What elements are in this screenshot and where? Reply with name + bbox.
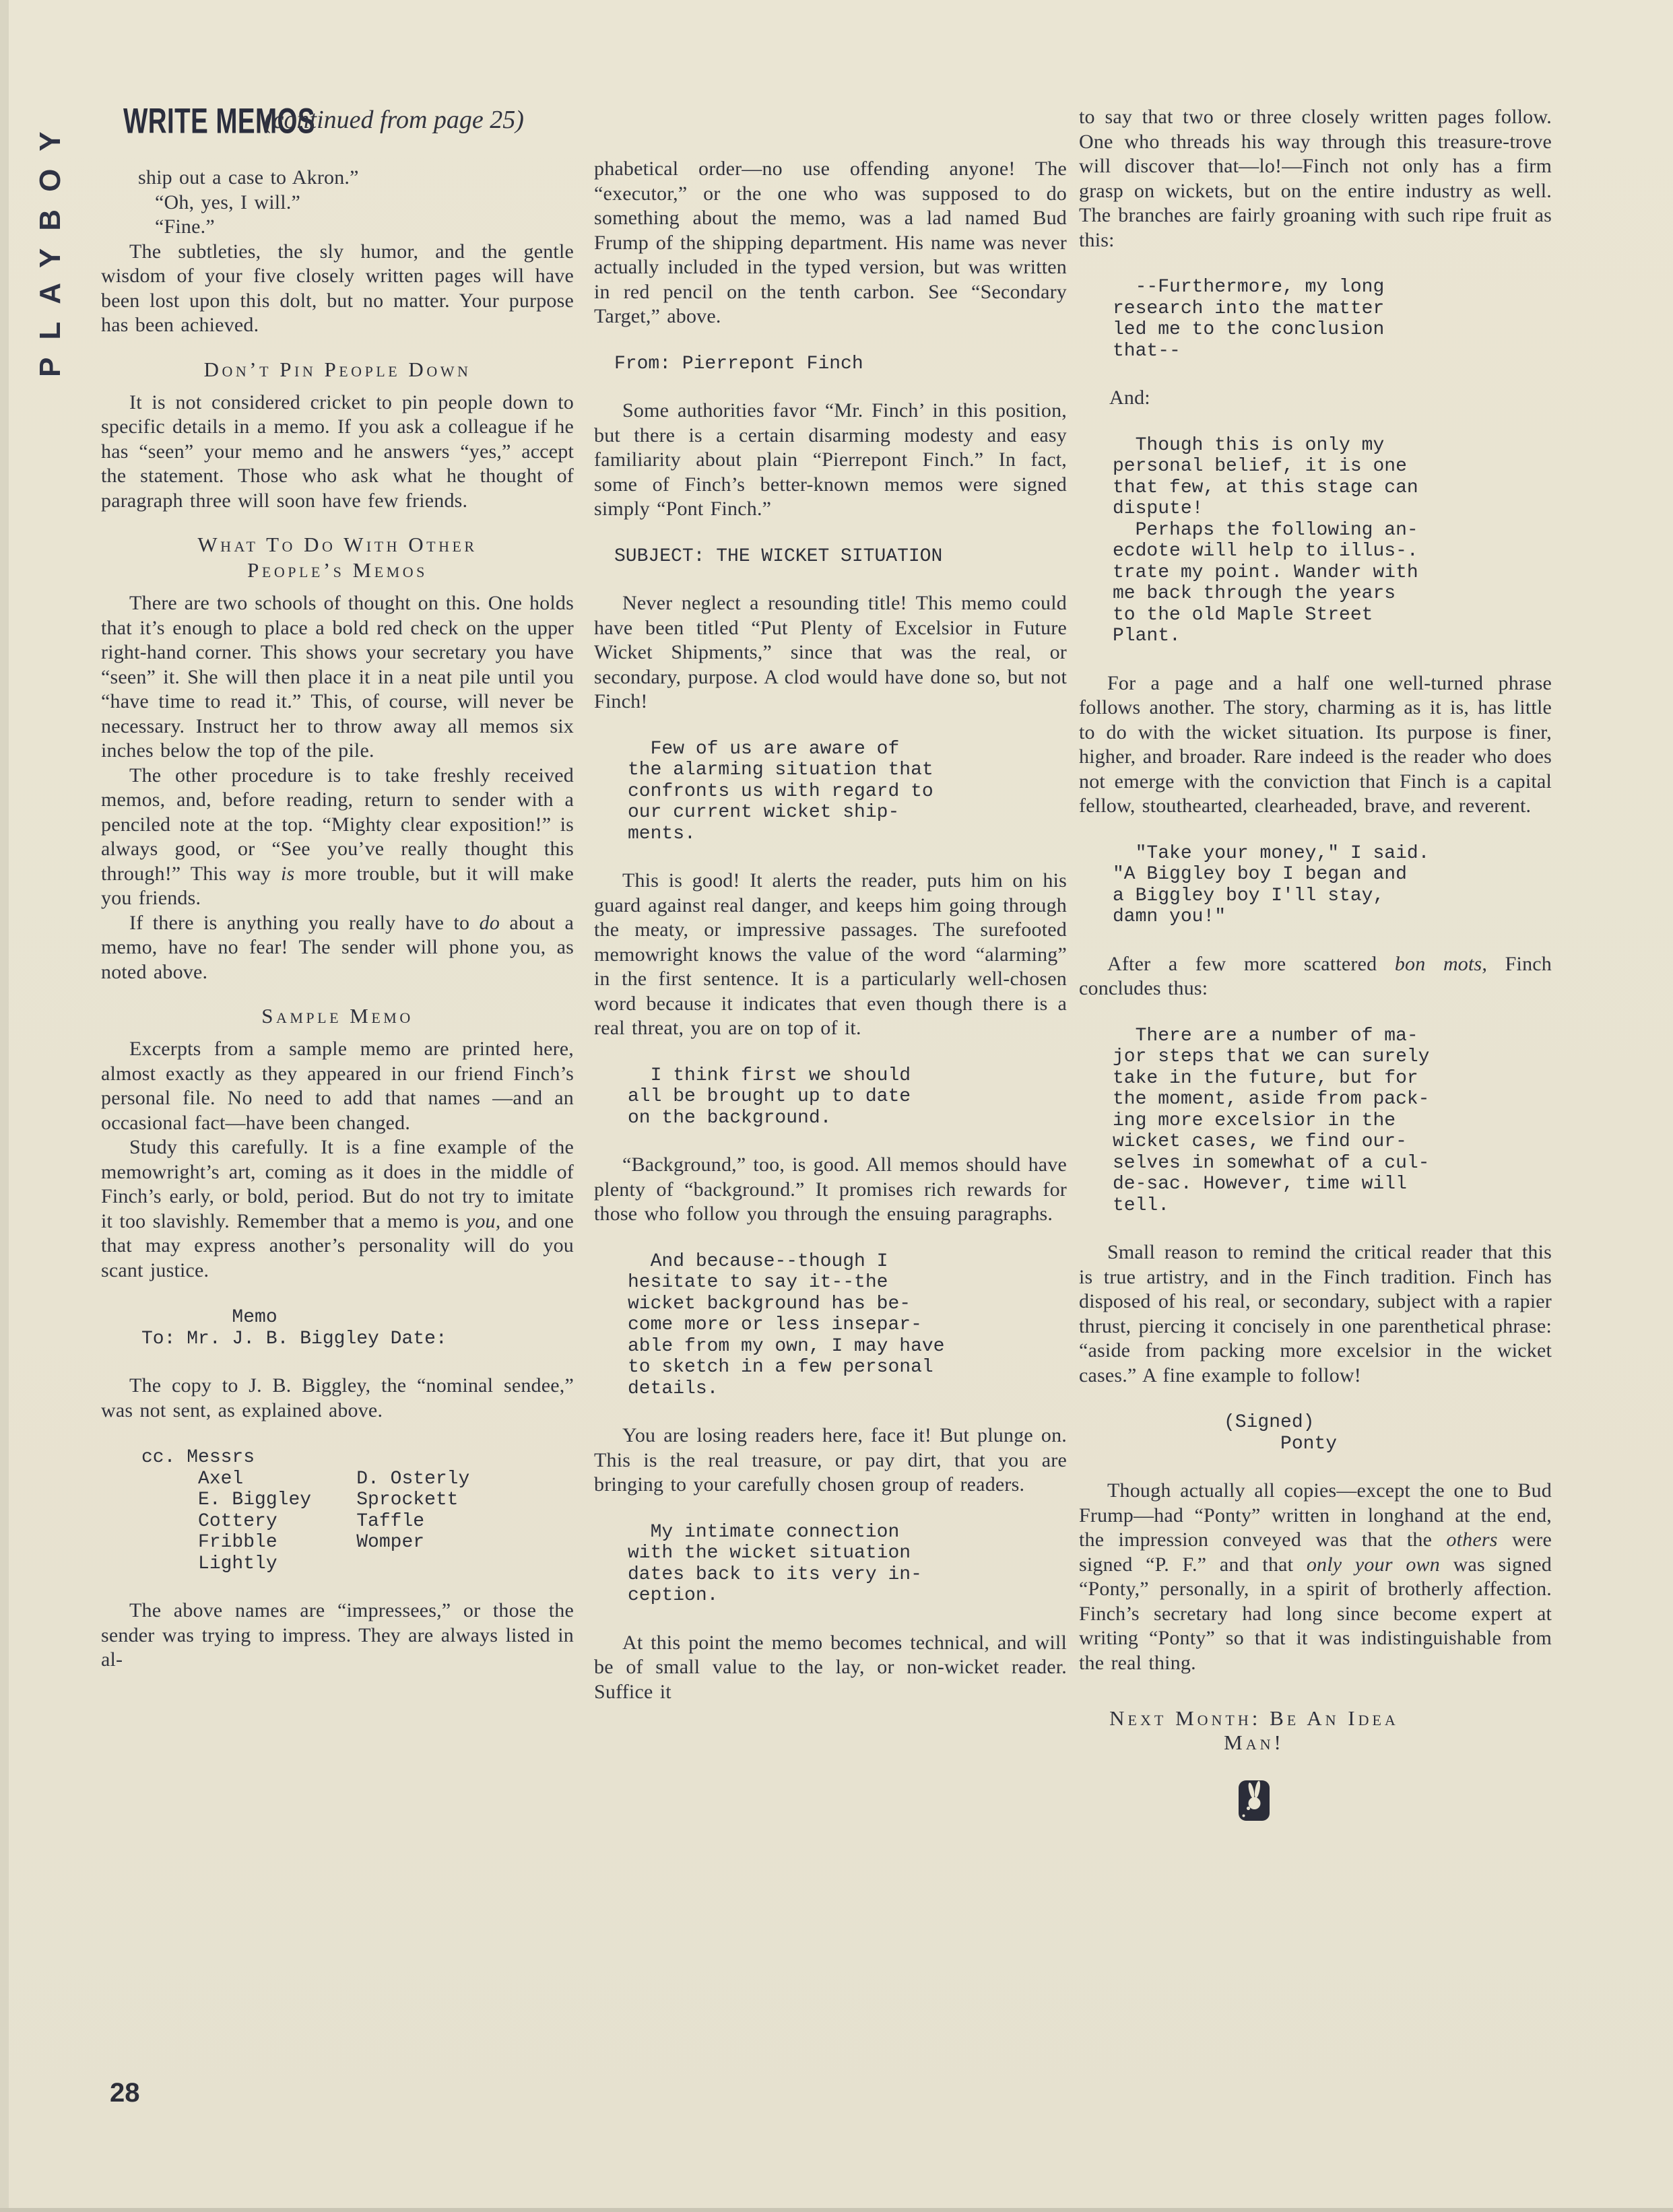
memo-excerpt-typewriter: Few of us are aware of the alarming situ… [628, 739, 1067, 845]
paragraph: If there is anything you really have to … [101, 911, 574, 985]
italic-word: others [1446, 1529, 1497, 1551]
paragraph: The other procedure is to take freshly r… [101, 764, 574, 911]
paragraph: At this point the memo becomes technical… [594, 1631, 1067, 1705]
section-heading: Sample Memo [101, 1003, 574, 1029]
dialog-line: “Fine.” [101, 215, 574, 240]
paragraph: to say that two or three closely written… [1079, 105, 1552, 253]
paragraph: The above names are “impressees,” or tho… [101, 1599, 574, 1673]
paragraph: Never neglect a resounding title! This m… [594, 591, 1067, 714]
memo-excerpt-typewriter: "Take your money," I said. "A Biggley bo… [1113, 843, 1552, 928]
memo-excerpt-typewriter: And because--though I hesitate to say it… [628, 1251, 1067, 1400]
paragraph: Study this carefully. It is a fine examp… [101, 1135, 574, 1283]
next-month-teaser: Next Month: Be An Idea Man! [1079, 1706, 1429, 1755]
column-left: ship out a case to Akron.” “Oh, yes, I w… [101, 166, 574, 1673]
magazine-name-vertical: PLAYBOY [34, 108, 66, 377]
italic-word: is [281, 863, 294, 885]
page-number: 28 [110, 2078, 140, 2108]
memo-excerpt-typewriter: I think first we should all be brought u… [628, 1065, 1067, 1129]
end-of-article-mark [1079, 1780, 1429, 1824]
memo-excerpt-typewriter: There are a number of ma- jor steps that… [1113, 1026, 1552, 1217]
scan-left-edge [0, 0, 9, 2212]
paragraph: You are losing readers here, face it! Bu… [594, 1423, 1067, 1498]
paragraph: Small reason to remind the critical read… [1079, 1240, 1552, 1388]
paragraph: For a page and a half one well-turned ph… [1079, 671, 1552, 819]
magazine-page: { "colors":{"paper":"#e9e4d2","ink":"#31… [0, 0, 1673, 2212]
italic-phrase: only your own [1307, 1553, 1440, 1576]
memo-excerpt-typewriter: My intimate connection with the wicket s… [628, 1522, 1067, 1607]
paragraph-text: After a few more scattered [1107, 953, 1395, 975]
memo-signature-typewriter: (Signed) Ponty [1224, 1412, 1552, 1454]
playboy-bunny-icon [1239, 1780, 1270, 1821]
section-heading: Don’t Pin People Down [101, 357, 574, 382]
paragraph: The subtleties, the sly humor, and the g… [101, 240, 574, 338]
italic-phrase: bon mots, [1395, 953, 1487, 975]
dialog-line: “Oh, yes, I will.” [101, 191, 574, 215]
paragraph: Excerpts from a sample memo are printed … [101, 1037, 574, 1135]
column-middle: phabetical order—no use offending anyone… [594, 157, 1067, 1704]
paragraph: Though actually all copies—except the on… [1079, 1479, 1552, 1675]
section-heading: What To Do With Other [101, 532, 574, 558]
continued-from-note: (continued from page 25) [264, 105, 524, 135]
paragraph: phabetical order—no use offending anyone… [594, 157, 1067, 329]
memo-header-typewriter: Memo To: Mr. J. B. Biggley Date: [141, 1307, 574, 1349]
paragraph: The copy to J. B. Biggley, the “nominal … [101, 1374, 574, 1423]
column-right: to say that two or three closely written… [1079, 105, 1552, 1824]
paragraph-text: If there is anything you really have to [129, 912, 480, 934]
memo-subject-typewriter: SUBJECT: THE WICKET SITUATION [614, 546, 1067, 568]
paragraph: After a few more scattered bon mots, Fin… [1079, 952, 1552, 1001]
scan-bottom-edge [0, 2208, 1673, 2212]
paragraph: It is not considered cricket to pin peop… [101, 391, 574, 514]
memo-cc-list-typewriter: cc. Messrs Axel D. Osterly E. Biggley Sp… [141, 1447, 574, 1574]
memo-from-typewriter: From: Pierrepont Finch [614, 354, 1067, 375]
paragraph: There are two schools of thought on this… [101, 591, 574, 764]
paragraph: This is good! It alerts the reader, puts… [594, 869, 1067, 1041]
section-heading: People’s Memos [101, 558, 574, 583]
memo-excerpt-typewriter: Though this is only my personal belief, … [1113, 435, 1552, 647]
memo-excerpt-typewriter: --Furthermore, my long research into the… [1113, 277, 1552, 362]
paragraph: And: [1079, 386, 1552, 411]
paragraph: Some authorities favor “Mr. Finch’ in th… [594, 399, 1067, 522]
paragraph: “Background,” too, is good. All memos sh… [594, 1153, 1067, 1227]
dialog-line: ship out a case to Akron.” [101, 166, 574, 191]
paragraph-text: There are two schools of thought on this… [101, 592, 574, 762]
italic-word: you, [466, 1210, 501, 1232]
italic-word: do [480, 912, 500, 934]
